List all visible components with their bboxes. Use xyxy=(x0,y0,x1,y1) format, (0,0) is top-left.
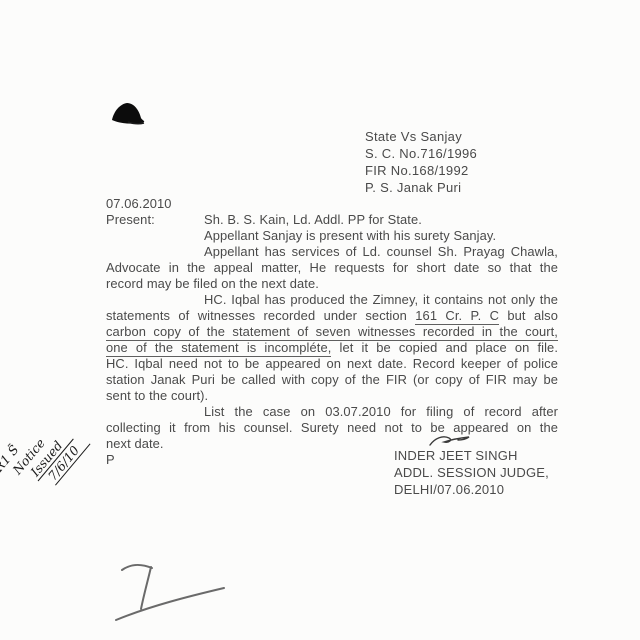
order-text: collecting it from his counsel. Surety n… xyxy=(106,420,558,435)
present-row: Present:Sh. B. S. Kain, Ld. Addl. PP for… xyxy=(106,212,558,228)
order-text: Appellant Sanjay is present with his sur… xyxy=(204,228,496,243)
order-line: one of the statement is incompléte, let … xyxy=(106,340,558,356)
order-line: record may be filed on the next date. xyxy=(106,276,558,292)
case-header: State Vs Sanjay S. C. No.716/1996 FIR No… xyxy=(365,128,477,196)
signature-block: INDER JEET SINGH ADDL. SESSION JUDGE, DE… xyxy=(394,448,549,498)
order-text: P xyxy=(106,452,115,467)
handwritten-page-number xyxy=(102,554,247,629)
order-text: HC. Iqbal has produced the Zimney, it co… xyxy=(204,292,558,307)
order-line: sent to the court). xyxy=(106,388,558,404)
order-line: Advocate in the appeal matter, He reques… xyxy=(106,260,558,276)
handwritten-margin-note: R1 S̃ Notice Issued 7/6/10 xyxy=(0,385,105,505)
order-text: let it be copied and place on file. xyxy=(331,340,558,355)
judge-designation: ADDL. SESSION JUDGE, xyxy=(394,465,549,482)
underlined-order-text: 161 Cr. P. C xyxy=(415,308,499,325)
ink-blot xyxy=(108,99,148,127)
present-label: Present: xyxy=(106,212,204,228)
judge-place-date: DELHI/07.06.2010 xyxy=(394,482,549,499)
underlined-order-text: carbon copy of the statement of seven wi… xyxy=(106,324,558,341)
police-station: P. S. Janak Puri xyxy=(365,179,477,196)
order-text: statements of witnesses recorded under s… xyxy=(106,308,415,323)
order-line: Appellant has services of Ld. counsel Sh… xyxy=(106,244,558,260)
case-number: S. C. No.716/1996 xyxy=(365,145,477,162)
present-appearance: Sh. B. S. Kain, Ld. Addl. PP for State. xyxy=(204,212,422,227)
order-body-column: 07.06.2010 Present:Sh. B. S. Kain, Ld. A… xyxy=(106,196,558,468)
order-line: Appellant Sanjay is present with his sur… xyxy=(106,228,558,244)
order-text: but also xyxy=(499,308,558,323)
order-text: List the case on 03.07.2010 for filing o… xyxy=(204,404,558,419)
order-text: HC. Iqbal need not to be appeared on nex… xyxy=(106,356,558,371)
judge-signature-mark xyxy=(428,434,472,448)
order-text: next date. xyxy=(106,436,164,451)
order-text: Appellant has services of Ld. counsel Sh… xyxy=(204,244,558,259)
order-line: carbon copy of the statement of seven wi… xyxy=(106,324,558,340)
order-text: sent to the court). xyxy=(106,388,208,403)
case-title: State Vs Sanjay xyxy=(365,128,477,145)
fir-number: FIR No.168/1992 xyxy=(365,162,477,179)
order-line: collecting it from his counsel. Surety n… xyxy=(106,420,558,436)
order-text: record may be filed on the next date. xyxy=(106,276,319,291)
judge-name: INDER JEET SINGH xyxy=(394,448,549,465)
order-line: List the case on 03.07.2010 for filing o… xyxy=(106,404,558,420)
underlined-order-text: one of the statement is incompléte, xyxy=(106,340,331,357)
order-date: 07.06.2010 xyxy=(106,196,558,212)
scanned-court-order-page: State Vs Sanjay S. C. No.716/1996 FIR No… xyxy=(0,0,640,640)
order-line: HC. Iqbal need not to be appeared on nex… xyxy=(106,356,558,372)
order-line: statements of witnesses recorded under s… xyxy=(106,308,558,324)
order-line: station Janak Puri be called with copy o… xyxy=(106,372,558,388)
order-line: HC. Iqbal has produced the Zimney, it co… xyxy=(106,292,558,308)
order-text: station Janak Puri be called with copy o… xyxy=(106,372,558,387)
order-text: Advocate in the appeal matter, He reques… xyxy=(106,260,558,275)
order-body: Appellant Sanjay is present with his sur… xyxy=(106,228,558,468)
